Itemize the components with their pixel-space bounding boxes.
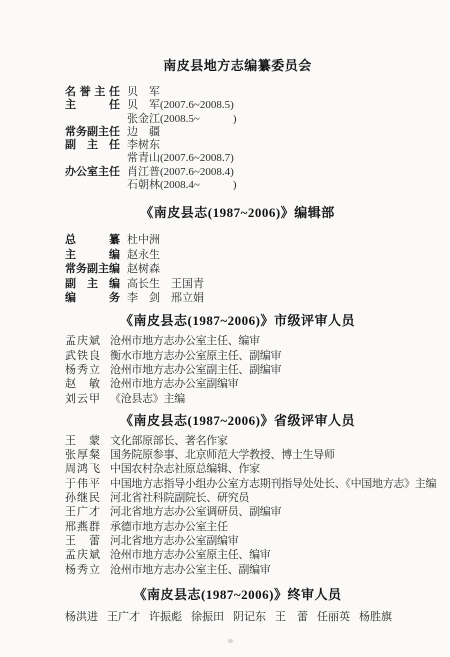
reviewer-name: 杨秀立 bbox=[65, 363, 100, 377]
reviewer-row: 赵敏沧州市地方志办公室副编审 bbox=[65, 377, 424, 391]
reviewer-title: 沧州市地方志办公室副编审 bbox=[110, 377, 238, 391]
reviewer-name: 赵敏 bbox=[65, 377, 100, 391]
role-label: 常务副主任 bbox=[65, 126, 120, 139]
reviewer-name: 武铁良 bbox=[65, 349, 100, 363]
committee-roster: 名誉主任贝 军 主任贝 军(2007.6~2008.5) 张金江(2008.5~… bbox=[65, 86, 424, 192]
reviewer-row: 张厚粲国务院原参事、北京师范大学教授、博士生导师 bbox=[65, 448, 424, 462]
province-reviewers-title: 《南皮县志(1987~2006)》省级评审人员 bbox=[51, 412, 424, 429]
reviewer-name: 邢燕群 bbox=[65, 520, 100, 534]
reviewer-name: 周鸿飞 bbox=[65, 462, 100, 476]
role-value: 边 疆 bbox=[127, 126, 160, 139]
scan-artifact-speck bbox=[228, 639, 233, 643]
reviewer-name: 于伟平 bbox=[65, 477, 100, 491]
reviewer-title: 文化部原部长、著名作家 bbox=[110, 434, 228, 448]
final-reviewer-name: 杨洪进 bbox=[65, 610, 98, 624]
reviewer-title: 沧州市地方志办公室主任、编审 bbox=[110, 334, 260, 348]
reviewer-name: 王蒙 bbox=[65, 434, 100, 448]
roster-row: 主任贝 军(2007.6~2008.5) bbox=[65, 99, 424, 112]
reviewer-title: 《沧县志》主编 bbox=[110, 392, 185, 406]
roster-row: 常青山(2007.6~2008.7) bbox=[65, 152, 424, 165]
reviewer-row: 周鸿飞中国农村杂志社原总编辑、作家 bbox=[65, 462, 424, 476]
city-reviewers-list: 孟庆斌沧州市地方志办公室主任、编审 武铁良衡水市地方志办公室原主任、副编审 杨秀… bbox=[65, 334, 424, 405]
final-reviewer-name: 徐振田 bbox=[191, 610, 224, 624]
role-value: 高长生 王国青 bbox=[127, 277, 204, 291]
roster-row: 常务副主编赵树森 bbox=[65, 262, 424, 276]
reviewer-row: 孟庆斌沧州市地方志办公室主任、编审 bbox=[65, 334, 424, 348]
reviewer-name: 孟庆斌 bbox=[65, 548, 100, 562]
roster-row: 总纂杜中洲 bbox=[65, 233, 424, 247]
reviewer-name: 孙继民 bbox=[65, 491, 100, 505]
role-value: 贝 军(2007.6~2008.5) bbox=[127, 99, 234, 112]
role-value: 李树东 bbox=[127, 139, 160, 152]
reviewer-title: 河北省社科院副院长、研究员 bbox=[110, 491, 249, 505]
reviewer-row: 孟庆斌沧州市地方志办公室原主任、编审 bbox=[65, 548, 424, 562]
reviewer-row: 王蒙文化部原部长、著名作家 bbox=[65, 434, 424, 448]
role-value: 赵永生 bbox=[127, 248, 160, 262]
reviewer-title: 沧州市地方志办公室原主任、编审 bbox=[110, 548, 271, 562]
reviewer-name: 杨秀立 bbox=[65, 563, 100, 577]
role-value: 杜中洲 bbox=[127, 233, 160, 247]
roster-row: 名誉主任贝 军 bbox=[65, 86, 424, 99]
reviewer-title: 承德市地方志办公室主任 bbox=[110, 520, 228, 534]
reviewer-row: 邢燕群承德市地方志办公室主任 bbox=[65, 520, 424, 534]
reviewer-name: 王蕾 bbox=[65, 534, 100, 548]
reviewer-name: 刘云甲 bbox=[65, 392, 100, 406]
role-label bbox=[65, 152, 120, 165]
reviewer-title: 河北省地方志办公室调研员、副编审 bbox=[110, 505, 281, 519]
final-reviewer-name: 王广才 bbox=[107, 610, 140, 624]
role-label bbox=[65, 179, 120, 192]
reviewer-title: 中国地方志指导小组办公室方志期刊指导处处长、《中国地方志》主编 bbox=[110, 477, 436, 491]
reviewer-row: 杨秀立沧州市地方志办公室主任、副编审 bbox=[65, 563, 424, 577]
role-value: 贝 军 bbox=[127, 86, 160, 99]
reviewer-name: 孟庆斌 bbox=[65, 334, 100, 348]
reviewer-row: 刘云甲《沧县志》主编 bbox=[65, 392, 424, 406]
reviewer-title: 河北省地方志办公室副编审 bbox=[110, 534, 238, 548]
reviewer-row: 杨秀立沧州市地方志办公室副主任、副编审 bbox=[65, 363, 424, 377]
role-label: 总纂 bbox=[65, 233, 120, 247]
role-value: 常青山(2007.6~2008.7) bbox=[127, 152, 234, 165]
reviewer-title: 中国农村杂志社原总编辑、作家 bbox=[110, 462, 260, 476]
role-value: 赵树森 bbox=[127, 262, 160, 276]
final-reviewer-name: 王 蕾 bbox=[275, 610, 308, 624]
role-value: 张金江(2008.5~ ) bbox=[127, 113, 237, 126]
roster-row: 副主任李树东 bbox=[65, 139, 424, 152]
page-content: 南皮县地方志编纂委员会 名誉主任贝 军 主任贝 军(2007.6~2008.5)… bbox=[0, 0, 450, 624]
editorial-roster: 总纂杜中洲 主编赵永生 常务副主编赵树森 副主编高长生 王国青 编务李 剑 邢立… bbox=[65, 233, 424, 305]
roster-row: 常务副主任边 疆 bbox=[65, 126, 424, 139]
roster-row: 主编赵永生 bbox=[65, 248, 424, 262]
reviewer-row: 于伟平中国地方志指导小组办公室方志期刊指导处处长、《中国地方志》主编 bbox=[65, 477, 424, 491]
reviewer-row: 武铁良衡水市地方志办公室原主任、副编审 bbox=[65, 349, 424, 363]
reviewer-title: 沧州市地方志办公室副主任、副编审 bbox=[110, 363, 281, 377]
role-label: 名誉主任 bbox=[65, 86, 120, 99]
role-label: 主任 bbox=[65, 99, 120, 112]
province-reviewers-list: 王蒙文化部原部长、著名作家 张厚粲国务院原参事、北京师范大学教授、博士生导师 周… bbox=[65, 434, 424, 577]
final-reviewers-list: 杨洪进 王广才 许振彪 徐振田 阴记东 王 蕾 任丽英 杨胜旗 bbox=[65, 610, 424, 624]
final-reviewers-title: 《南皮县志(1987~2006)》终审人员 bbox=[51, 586, 424, 603]
scanned-document-page: { "page": { "paper_color": "#fbfaf8", "i… bbox=[0, 0, 450, 657]
city-reviewers-title: 《南皮县志(1987~2006)》市级评审人员 bbox=[51, 312, 424, 329]
role-label: 副主任 bbox=[65, 139, 120, 152]
role-label: 主编 bbox=[65, 248, 120, 262]
reviewer-title: 国务院原参事、北京师范大学教授、博士生导师 bbox=[110, 448, 335, 462]
roster-row: 副主编高长生 王国青 bbox=[65, 277, 424, 291]
role-label bbox=[65, 113, 120, 126]
final-reviewer-name: 杨胜旗 bbox=[359, 610, 392, 624]
role-label: 办公室主任 bbox=[65, 166, 120, 179]
role-label: 常务副主编 bbox=[65, 262, 120, 276]
roster-row: 编务李 剑 邢立娟 bbox=[65, 291, 424, 305]
role-label: 副主编 bbox=[65, 277, 120, 291]
reviewer-name: 王广才 bbox=[65, 505, 100, 519]
roster-row: 石朝林(2008.4~ ) bbox=[65, 179, 424, 192]
final-reviewer-name: 许振彪 bbox=[149, 610, 182, 624]
roster-row: 张金江(2008.5~ ) bbox=[65, 113, 424, 126]
reviewer-title: 沧州市地方志办公室主任、副编审 bbox=[110, 563, 271, 577]
final-reviewer-name: 阴记东 bbox=[233, 610, 266, 624]
reviewer-name: 张厚粲 bbox=[65, 448, 100, 462]
reviewer-row: 王蕾河北省地方志办公室副编审 bbox=[65, 534, 424, 548]
role-value: 肖江普(2007.6~2008.4) bbox=[127, 166, 234, 179]
role-value: 石朝林(2008.4~ ) bbox=[127, 179, 237, 192]
reviewer-title: 衡水市地方志办公室原主任、副编审 bbox=[110, 349, 281, 363]
reviewer-row: 王广才河北省地方志办公室调研员、副编审 bbox=[65, 505, 424, 519]
reviewer-row: 孙继民河北省社科院副院长、研究员 bbox=[65, 491, 424, 505]
roster-row: 办公室主任肖江普(2007.6~2008.4) bbox=[65, 166, 424, 179]
final-reviewer-name: 任丽英 bbox=[317, 610, 350, 624]
role-value: 李 剑 邢立娟 bbox=[127, 291, 204, 305]
committee-title: 南皮县地方志编纂委员会 bbox=[51, 57, 424, 74]
editorial-title: 《南皮县志(1987~2006)》编辑部 bbox=[51, 204, 424, 221]
role-label: 编务 bbox=[65, 291, 120, 305]
